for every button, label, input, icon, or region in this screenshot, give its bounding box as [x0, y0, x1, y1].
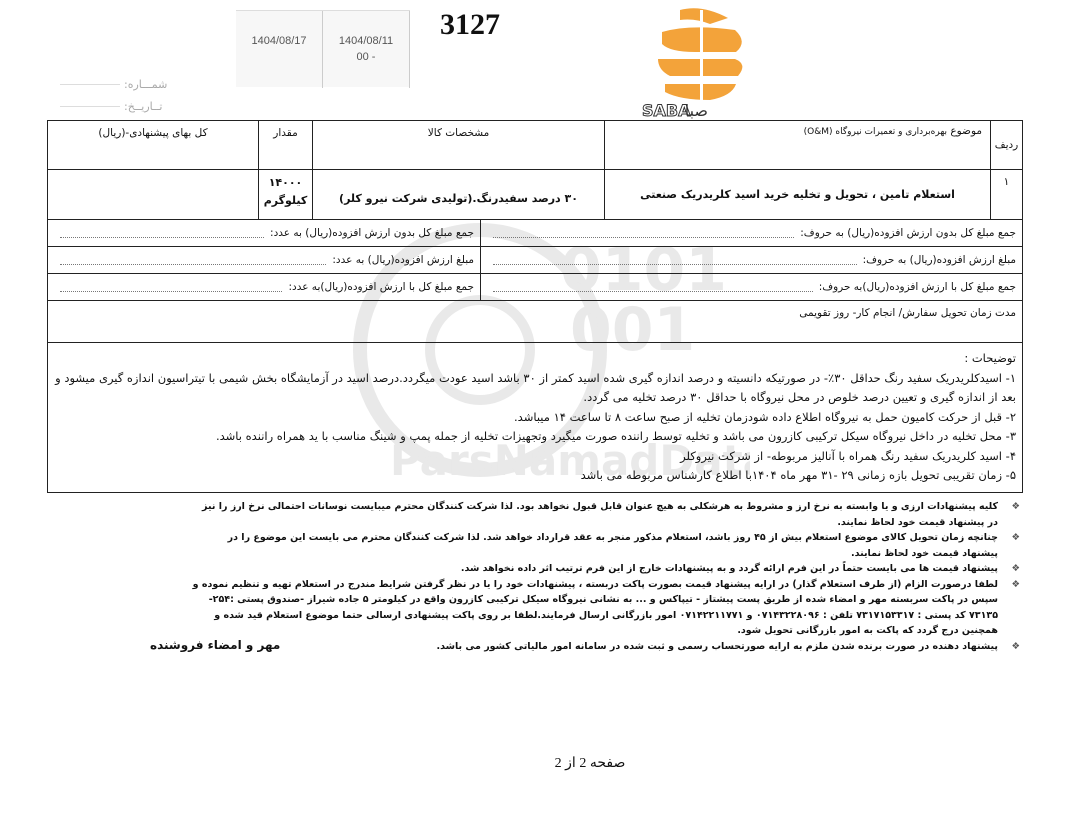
- summary-words-label: جمع مبلغ کل بدون ارزش افزوده(ریال) به حر…: [800, 227, 1016, 239]
- bullet-icon: ❖: [998, 499, 1020, 530]
- term-item: ❖چنانچه زمان تحویل کالای موضوع استعلام ب…: [190, 530, 1020, 561]
- term-item: ❖لطفا درصورت الزام (از طرف استعلام گذار)…: [190, 577, 1020, 639]
- note-item-4: ۴- اسید کلریدریک سفید رنگ همراه با آنالی…: [54, 447, 1016, 467]
- summary-number-1[interactable]: جمع مبلغ کل بدون ارزش افزوده(ریال) به عد…: [48, 220, 480, 247]
- header-row-no: ردیف: [990, 121, 1022, 169]
- summary-words-1[interactable]: جمع مبلغ کل بدون ارزش افزوده(ریال) به حر…: [480, 220, 1022, 247]
- delivery-row[interactable]: مدت زمان تحویل سفارش/ انجام کار- روز تقو…: [48, 301, 1022, 343]
- subject-label: موضوع: [950, 125, 982, 137]
- dotted-line: [60, 228, 264, 238]
- summary-words-label: مبلغ ارزش افزوده(ریال) به حروف:: [863, 254, 1016, 266]
- dotted-line: [493, 228, 794, 238]
- note-item-5: ۵- زمان تقریبی تحویل بازه زمانی ۲۹ -۳۱ م…: [54, 466, 1016, 486]
- term-item: ❖کلیه پیشنهادات ارزی و یا وابسته به نرخ …: [190, 499, 1020, 530]
- seller-signature-label: مهر و امضاء فروشنده: [150, 638, 280, 652]
- quantity-value: ۱۴۰۰۰: [259, 174, 312, 192]
- delivery-label: مدت زمان تحویل سفارش/ انجام کار- روز تقو…: [799, 307, 1016, 336]
- subject-org: بهره‌برداری و تعمیرات نیروگاه (O&M): [804, 127, 947, 137]
- date-label: تــاریــخ:: [124, 100, 162, 113]
- term-text: چنانچه زمان تحویل کالای موضوع استعلام بی…: [190, 530, 998, 561]
- table-header-row: ردیف موضوع بهره‌برداری و تعمیرات نیروگاه…: [48, 121, 1022, 170]
- note-item-2: ۲- قبل از حرکت کامیون حمل به نیروگاه اطل…: [54, 408, 1016, 428]
- svg-text:صبا: صبا: [685, 101, 708, 119]
- summary-number-3[interactable]: جمع مبلغ کل با ارزش افزوده(ریال)به عدد:: [48, 274, 480, 301]
- bullet-icon: ❖: [998, 639, 1020, 655]
- number-label: شمـــاره:: [124, 78, 167, 91]
- terms-list: ❖کلیه پیشنهادات ارزی و یا وابسته به نرخ …: [190, 499, 1020, 654]
- date-cell-1: 1404/08/17: [236, 11, 323, 88]
- summary-number-label: جمع مبلغ کل با ارزش افزوده(ریال)به عدد:: [288, 281, 474, 293]
- item-quantity: ۱۴۰۰۰ کیلوگرم: [258, 170, 312, 219]
- summary-words-label: جمع مبلغ کل با ارزش افزوده(ریال)به حروف:: [819, 281, 1016, 293]
- term-text: کلیه پیشنهادات ارزی و یا وابسته به نرخ ا…: [190, 499, 998, 530]
- summary-row-1: جمع مبلغ کل بدون ارزش افزوده(ریال) به حر…: [48, 220, 1022, 247]
- table-row: ۱ استعلام تامین ، تحویل و تخلیه خرید اسی…: [48, 170, 1022, 220]
- date-line: [60, 106, 120, 107]
- quantity-unit: کیلوگرم: [259, 192, 312, 210]
- dotted-line: [60, 282, 282, 292]
- notes-title: توضیحات :: [54, 349, 1016, 369]
- date-field: تــاریــخ:: [60, 100, 162, 113]
- term-text: پیشنهاد قیمت ها می بایست حتماً در این فر…: [461, 561, 998, 577]
- term-text: پیشنهاد دهنده در صورت برنده شدن ملزم به …: [437, 639, 998, 655]
- term-item: ❖پیشنهاد دهنده در صورت برنده شدن ملزم به…: [190, 639, 1020, 655]
- item-goods-spec: ۳۰ درصد سفیدرنگ.(تولیدی شرکت نیرو کلر): [312, 170, 604, 219]
- saba-logo-icon: SABA صبا: [640, 4, 760, 119]
- dotted-line: [60, 255, 326, 265]
- note-item-1: ۱- اسیدکلریدریک سفید رنگ حداقل ۳۰٪- در ص…: [54, 369, 1016, 408]
- item-row-no: ۱: [990, 170, 1022, 219]
- document-number: 3127: [440, 8, 500, 42]
- notes-section: توضیحات : ۱- اسیدکلریدریک سفید رنگ حداقل…: [48, 343, 1022, 492]
- item-subject: استعلام تامین ، تحویل و تخلیه خرید اسید …: [604, 170, 990, 219]
- item-total-price[interactable]: [48, 170, 258, 219]
- summary-words-3[interactable]: جمع مبلغ کل با ارزش افزوده(ریال)به حروف:: [480, 274, 1022, 301]
- page-number: صفحه 2 از 2: [520, 755, 660, 772]
- inquiry-table: ردیف موضوع بهره‌برداری و تعمیرات نیروگاه…: [47, 120, 1023, 493]
- term-text: لطفا درصورت الزام (از طرف استعلام گذار) …: [190, 577, 998, 639]
- summary-row-3: جمع مبلغ کل با ارزش افزوده(ریال)به حروف:…: [48, 274, 1022, 301]
- number-field: شمـــاره:: [60, 78, 167, 91]
- date-box: 1404/08/17 1404/08/11 00 -: [236, 10, 410, 87]
- header-total-price: کل بهای پیشنهادی-(ریال): [48, 121, 258, 169]
- bullet-icon: ❖: [998, 561, 1020, 577]
- summary-row-2: مبلغ ارزش افزوده(ریال) به حروف: مبلغ ارز…: [48, 247, 1022, 274]
- header-quantity: مقدار: [258, 121, 312, 169]
- number-line: [60, 84, 120, 85]
- header-goods-spec: مشخصات کالا: [312, 121, 604, 169]
- summary-number-label: جمع مبلغ کل بدون ارزش افزوده(ریال) به عد…: [270, 227, 474, 239]
- date-cell-2: 1404/08/11 00 -: [323, 11, 410, 88]
- note-item-3: ۳- محل تخلیه در داخل نیروگاه سیکل ترکیبی…: [54, 427, 1016, 447]
- summary-words-2[interactable]: مبلغ ارزش افزوده(ریال) به حروف:: [480, 247, 1022, 274]
- term-item: ❖پیشنهاد قیمت ها می بایست حتماً در این ف…: [190, 561, 1020, 577]
- summary-number-2[interactable]: مبلغ ارزش افزوده(ریال) به عدد:: [48, 247, 480, 274]
- summary-number-label: مبلغ ارزش افزوده(ریال) به عدد:: [332, 254, 474, 266]
- dotted-line: [493, 255, 857, 265]
- bullet-icon: ❖: [998, 530, 1020, 561]
- dotted-line: [493, 282, 813, 292]
- bullet-icon: ❖: [998, 577, 1020, 639]
- header-subject: موضوع بهره‌برداری و تعمیرات نیروگاه (O&M…: [604, 121, 990, 169]
